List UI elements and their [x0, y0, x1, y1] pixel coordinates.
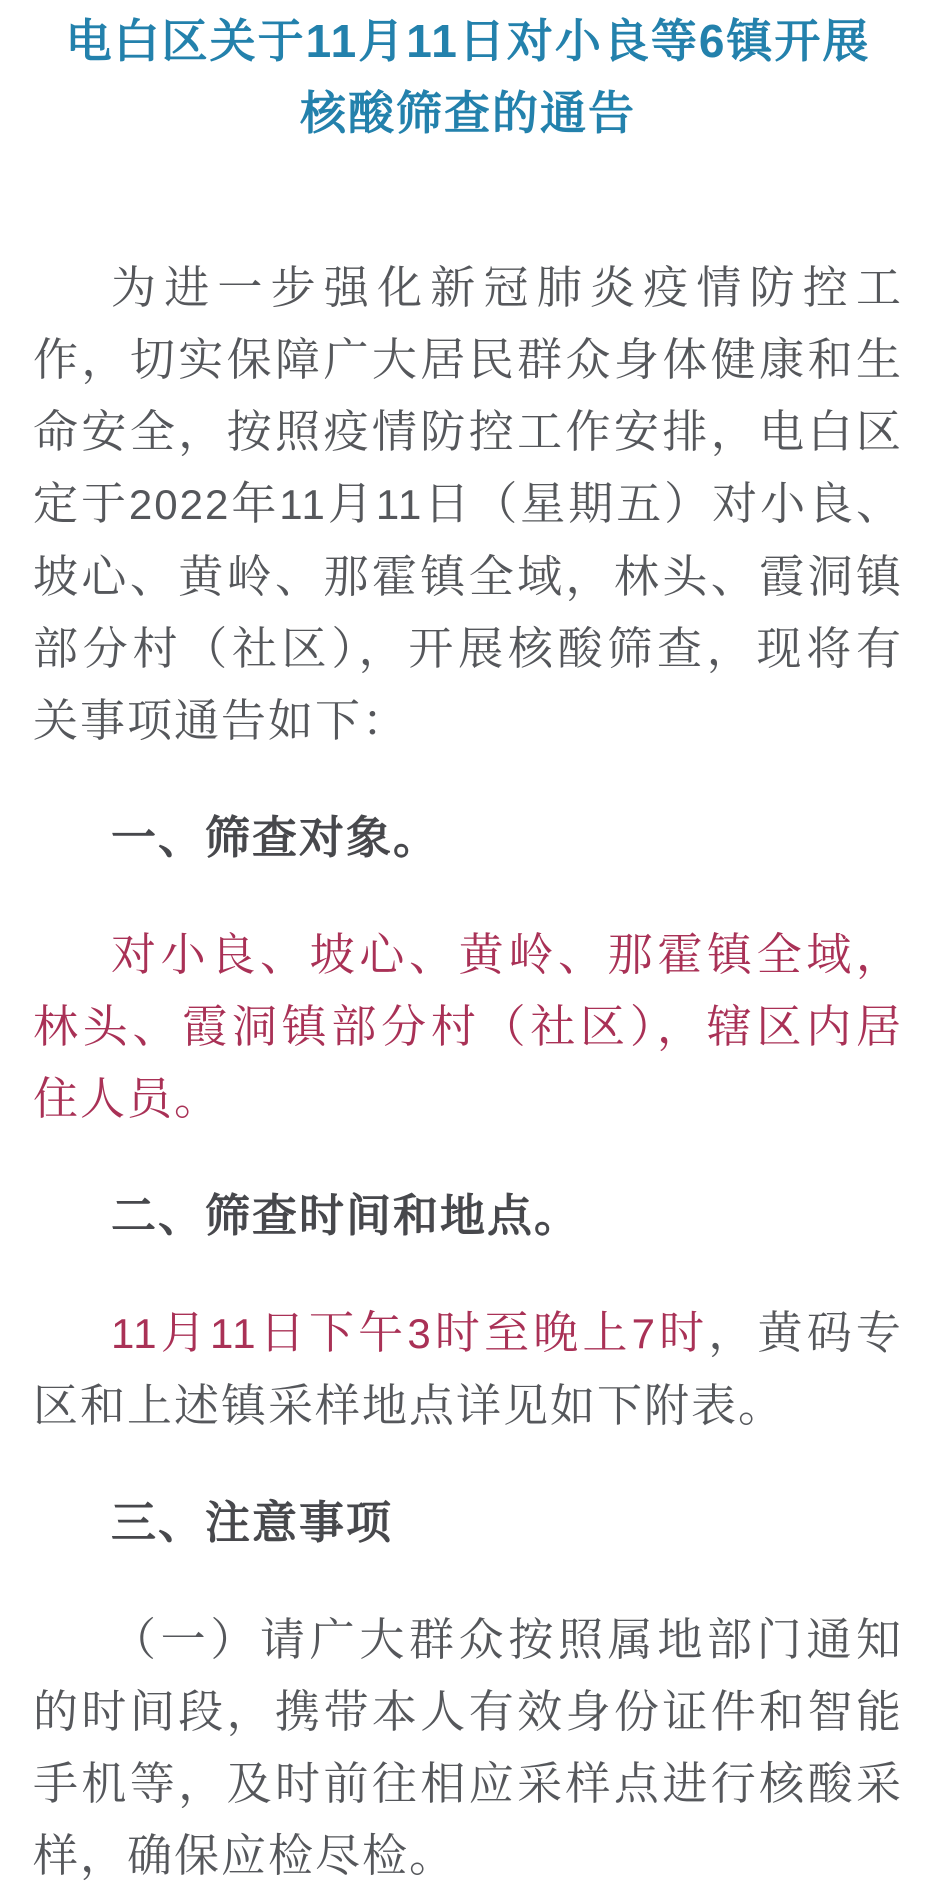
text-segment: 对小良、坡心、黄岭、那霍镇全域，林头、霞洞镇部分村（社区），辖区内居住人员。	[33, 929, 903, 1124]
text-segment: 日下午	[258, 1307, 408, 1358]
text-segment: 月	[159, 1307, 210, 1358]
notice-paragraph: 对小良、坡心、黄岭、那霍镇全域，林头、霞洞镇部分村（社区），辖区内居住人员。	[33, 919, 903, 1135]
text-segment: 7	[632, 1310, 657, 1357]
text-segment: （一）请广大群众按照属地部门通知的时间段，携带本人有效身份证件和智能手机等，及时…	[33, 1614, 903, 1881]
text-segment: 二、筛查时间和地点。	[111, 1190, 581, 1241]
text-segment: 年	[230, 478, 279, 529]
text-segment: 11	[210, 1310, 258, 1357]
text-segment: 三、注意事项	[111, 1497, 393, 1548]
section-heading: 一、筛查对象。	[33, 802, 903, 874]
text-segment: 2022	[129, 481, 230, 528]
notice-page: 电白区关于11月11日对小良等6镇开展 核酸筛查的通告 为进一步强化新冠肺炎疫情…	[0, 0, 936, 1892]
text-segment: 时	[657, 1307, 708, 1358]
text-segment: 11	[279, 481, 327, 528]
text-segment: 3	[407, 1310, 432, 1357]
title-line-1: 电白区关于11月11日对小良等6镇开展	[33, 5, 903, 77]
text-segment: 11	[111, 1310, 159, 1357]
notice-paragraph: 为进一步强化新冠肺炎疫情防控工作，切实保障广大居民群众身体健康和生命安全，按照疫…	[33, 252, 903, 757]
title-line-2: 核酸筛查的通告	[33, 77, 903, 149]
text-segment: 月	[327, 478, 376, 529]
notice-paragraph: 11月11日下午3时至晚上7时，黄码专区和上述镇采样地点详见如下附表。	[33, 1297, 903, 1442]
notice-title: 电白区关于11月11日对小良等6镇开展 核酸筛查的通告	[33, 5, 903, 149]
text-segment: 一、筛查对象。	[111, 812, 440, 863]
notice-article: 为进一步强化新冠肺炎疫情防控工作，切实保障广大居民群众身体健康和生命安全，按照疫…	[33, 252, 903, 1892]
section-heading: 三、注意事项	[33, 1487, 903, 1559]
notice-paragraph: （一）请广大群众按照属地部门通知的时间段，携带本人有效身份证件和智能手机等，及时…	[33, 1604, 903, 1892]
text-segment: 时至晚上	[433, 1307, 632, 1358]
section-heading: 二、筛查时间和地点。	[33, 1180, 903, 1252]
text-segment: 11	[376, 481, 424, 528]
